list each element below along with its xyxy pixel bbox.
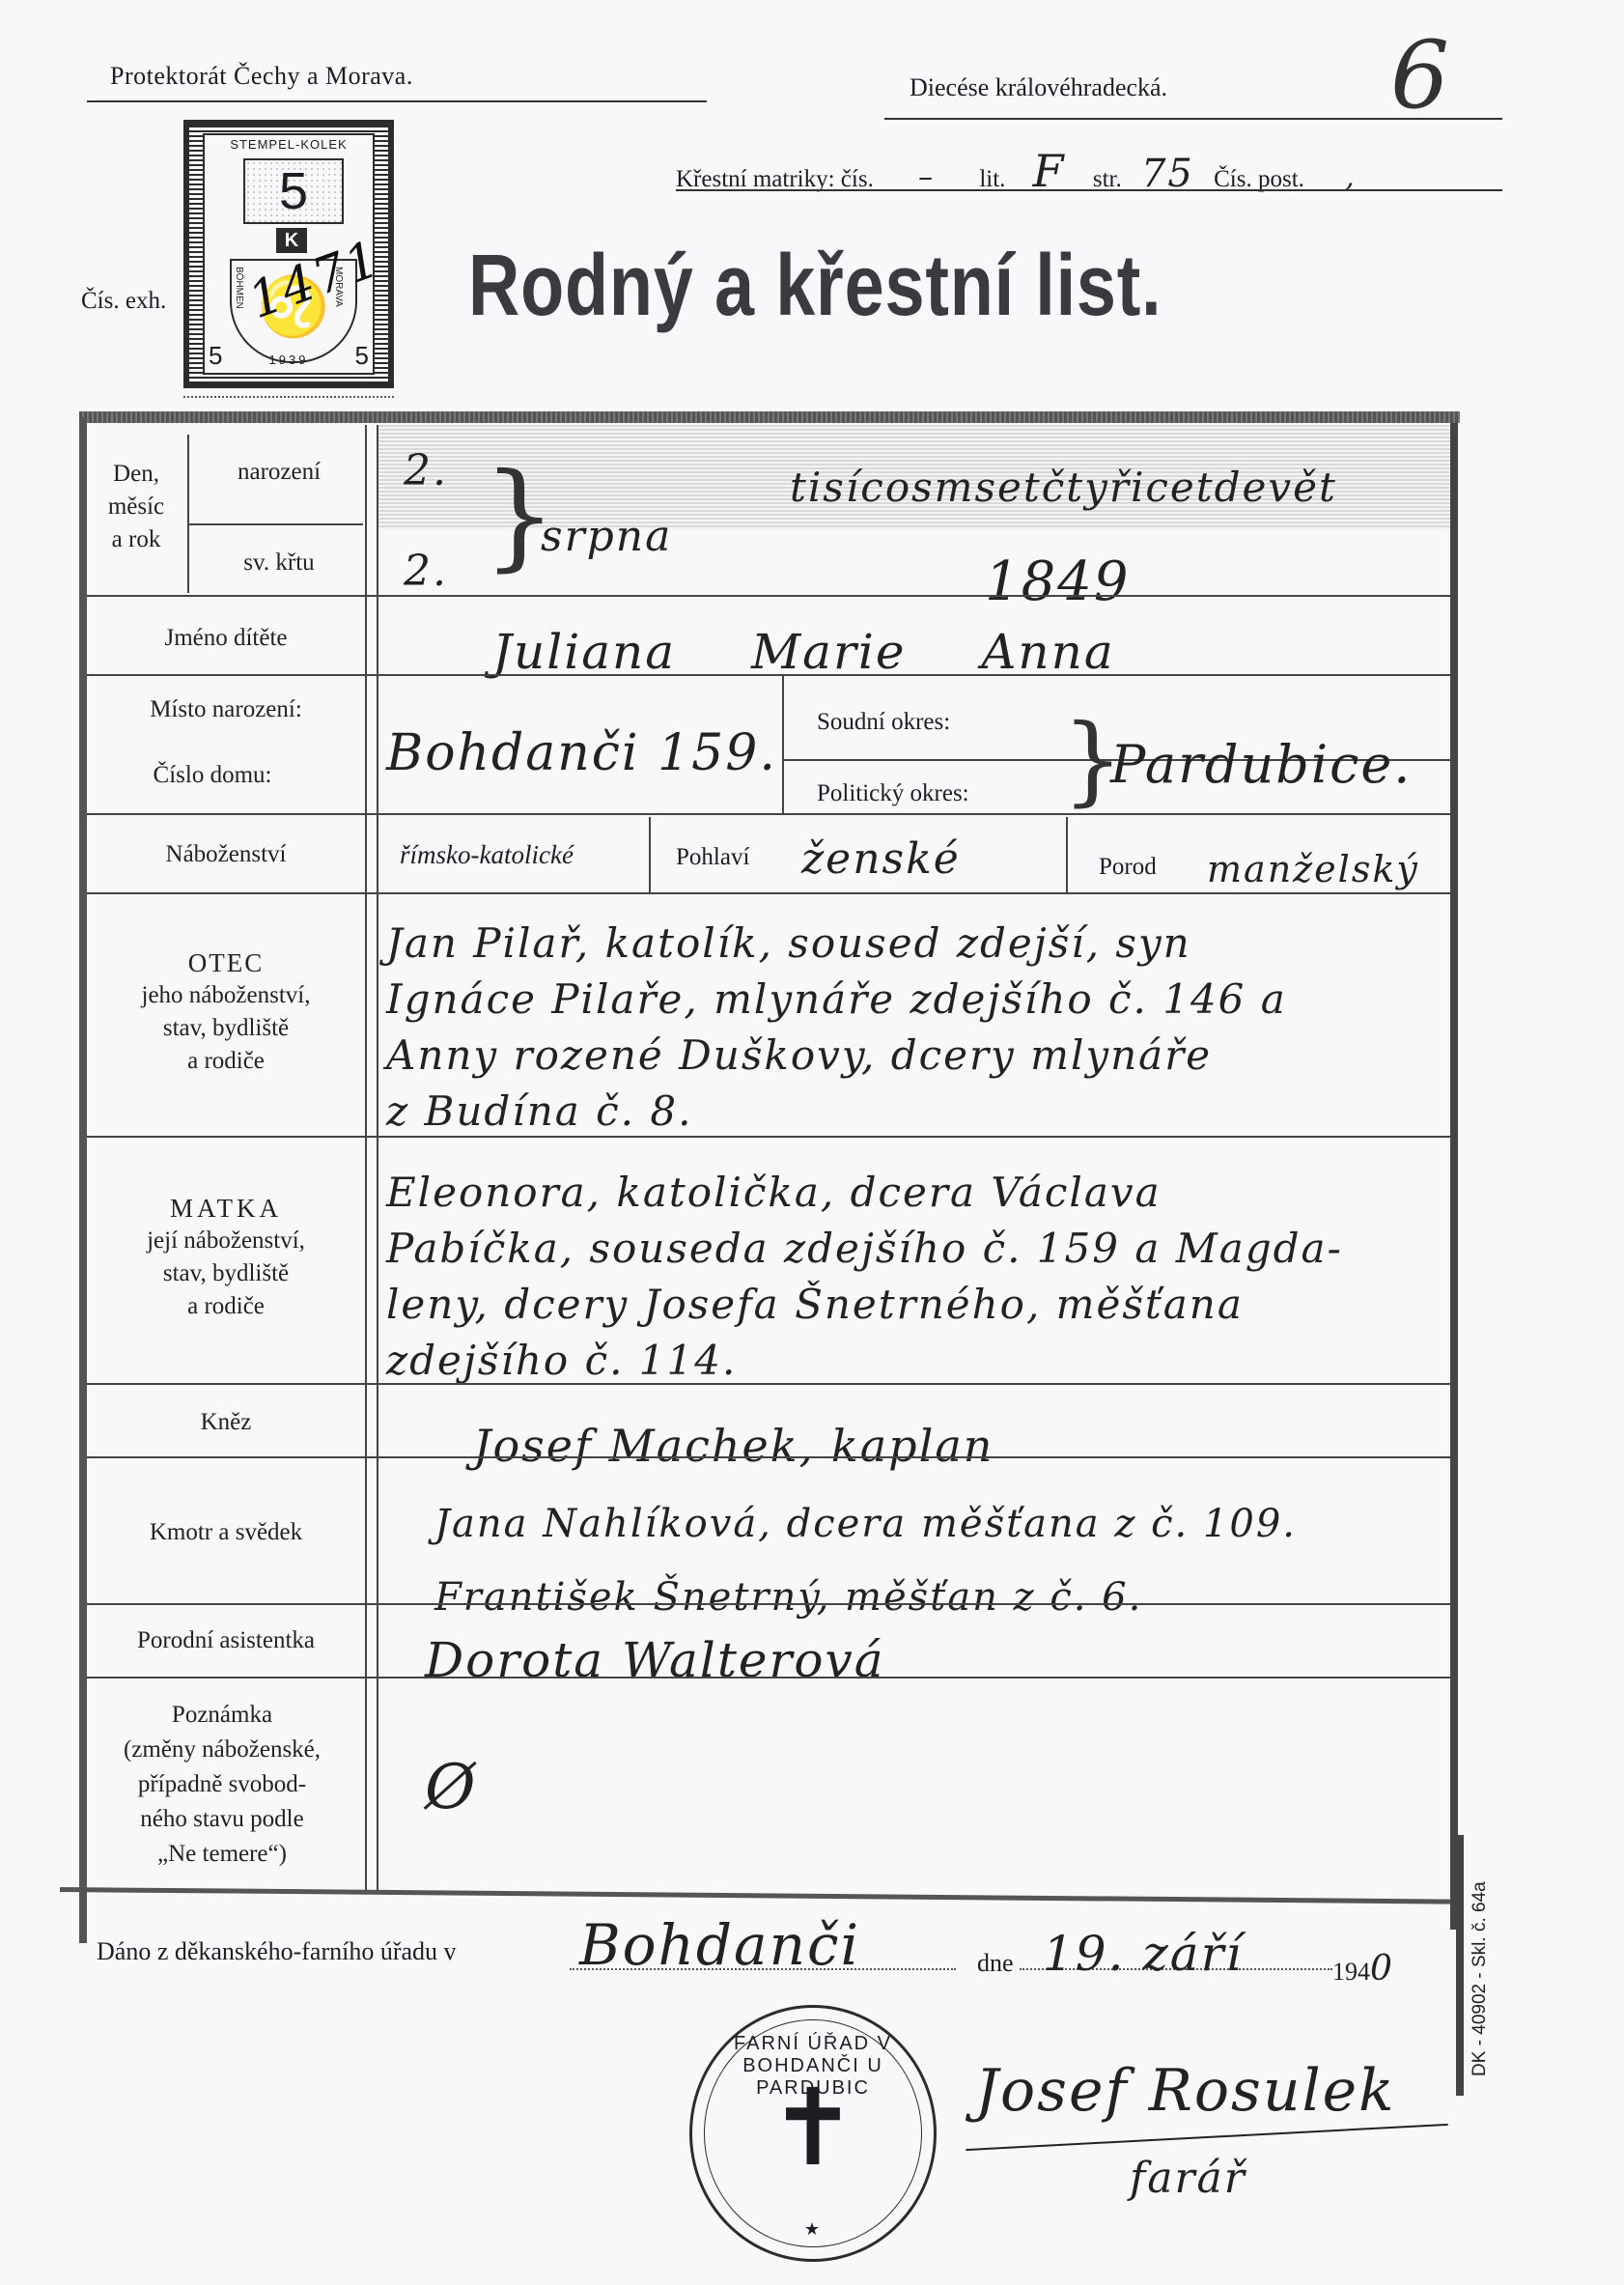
mother-details: Eleonora, katolička, dcera Václava Pabíč… bbox=[386, 1165, 1343, 1389]
revenue-stamp: STEMPEL-KOLEK 5 K ♌ BÖHMEN MORAVA 5 5 19… bbox=[183, 120, 394, 388]
birth-type-value: manželský bbox=[1207, 848, 1419, 890]
form-right-border bbox=[1450, 423, 1458, 1930]
date-label: dne bbox=[977, 1949, 1014, 1978]
mother-label-line: a rodiče bbox=[87, 1290, 365, 1323]
divider bbox=[87, 892, 1450, 894]
date-label-line: Den, bbox=[93, 458, 180, 491]
issued-year: 1940 bbox=[1332, 1949, 1394, 1989]
lit-label: lit. bbox=[979, 166, 1005, 192]
right-margin-bar bbox=[1456, 1835, 1464, 2096]
date-subcolumn-divider bbox=[187, 435, 189, 593]
birthplace-value: Bohdanči 159. bbox=[386, 724, 777, 782]
divider bbox=[87, 1383, 1450, 1385]
divider bbox=[87, 1603, 1450, 1605]
birth-type-divider bbox=[1066, 817, 1068, 894]
baptism-date-label: sv. křtu bbox=[193, 547, 365, 579]
year-digits-value: 1849 bbox=[985, 550, 1131, 613]
label-column-divider-inner bbox=[377, 425, 378, 1893]
godparent-line: Jana Nahlíková, dcera měšťana z č. 109. bbox=[434, 1487, 1297, 1561]
note-label-line: (změny náboženské, bbox=[77, 1733, 367, 1767]
religion-value: římsko-katolické bbox=[400, 840, 574, 870]
midwife-label: Porodní asistentka bbox=[87, 1624, 365, 1657]
exhibit-number-label: Čís. exh. bbox=[81, 288, 166, 315]
parish-office-seal: FARNÍ ÚŘAD V BOHDANČI U PARDUBIC ✝ ★ bbox=[689, 2005, 937, 2262]
stamp-side-left: BÖHMEN bbox=[234, 267, 244, 309]
mother-line: zdejšího č. 114. bbox=[386, 1333, 1343, 1389]
godparents-details: Jana Nahlíková, dcera měšťana z č. 109. … bbox=[434, 1487, 1297, 1634]
priest-label: Kněz bbox=[87, 1406, 365, 1439]
divider bbox=[87, 595, 1450, 597]
form-top-border bbox=[79, 411, 1460, 423]
issued-line: Dáno z děkanského-farního úřadu v bbox=[97, 1937, 457, 1966]
mother-line: Pabíčka, souseda zdejšího č. 159 a Magda… bbox=[386, 1221, 1343, 1277]
year-prefix: 194 bbox=[1332, 1958, 1370, 1986]
priest-value: Josef Machek, kaplan bbox=[473, 1420, 994, 1472]
mother-line: leny, dcery Josefa Šnetrného, měšťana bbox=[386, 1277, 1343, 1333]
father-title: OTEC bbox=[87, 946, 365, 979]
mother-line: Eleonora, katolička, dcera Václava bbox=[386, 1165, 1343, 1221]
stamp-dotted-line bbox=[183, 396, 394, 398]
month-value: srpna bbox=[541, 512, 672, 561]
str-label: str. bbox=[1093, 166, 1122, 192]
father-label-line: stav, bydliště bbox=[87, 1012, 365, 1045]
stamp-year: 1939 bbox=[243, 353, 334, 367]
issued-date-value: 19. září bbox=[1043, 1926, 1243, 1982]
father-label-line: jeho náboženství, bbox=[87, 979, 365, 1012]
religion-label: Náboženství bbox=[87, 838, 365, 871]
note-value: Ø bbox=[425, 1752, 477, 1823]
midwife-value: Dorota Walterová bbox=[425, 1632, 885, 1688]
father-line: Anny rozené Duškovy, dcery mlynáře bbox=[386, 1028, 1287, 1084]
birthplace-label: Místo narození: bbox=[87, 693, 365, 726]
date-label-line: měsíc bbox=[93, 491, 180, 523]
sex-value: ženské bbox=[801, 834, 961, 884]
birth-date-label: narození bbox=[193, 456, 365, 489]
date-group-label: Den, měsíc a rok bbox=[93, 458, 180, 556]
note-label-line: případně svobod- bbox=[77, 1767, 367, 1802]
protectorate-heading: Protektorát Čechy a Morava. bbox=[110, 62, 413, 91]
registry-underline bbox=[676, 189, 1502, 191]
mother-label: MATKA její náboženství, stav, bydliště a… bbox=[87, 1192, 365, 1323]
sex-divider bbox=[649, 817, 651, 894]
child-name-value: Juliana Marie Anna bbox=[492, 624, 1115, 680]
court-district-label: Soudní okres: bbox=[817, 709, 950, 736]
divider bbox=[87, 813, 1450, 815]
signature-underline bbox=[966, 2124, 1447, 2151]
father-label: OTEC jeho náboženství, stav, bydliště a … bbox=[87, 946, 365, 1078]
label-column-divider bbox=[365, 425, 367, 1893]
registry-label: Křestní matriky: čís. bbox=[676, 166, 874, 192]
birth-type-label: Porod bbox=[1099, 854, 1157, 881]
note-label-line: Poznámka bbox=[77, 1698, 367, 1733]
note-label-line: „Ne temere“) bbox=[77, 1837, 367, 1872]
political-district-label: Politický okres: bbox=[817, 780, 969, 807]
note-label-line: ného stavu podle bbox=[77, 1802, 367, 1837]
baptism-day-value: 2. bbox=[404, 547, 448, 596]
print-code: DK - 40902 - Skl. č. 64a bbox=[1470, 1881, 1491, 2076]
divider bbox=[87, 1677, 1450, 1678]
stamp-header: STEMPEL-KOLEK bbox=[205, 137, 373, 152]
sex-label: Pohlaví bbox=[676, 844, 749, 871]
mother-title: MATKA bbox=[87, 1192, 365, 1225]
stamp-corner-right: 5 bbox=[355, 341, 369, 371]
signature: Josef Rosulek bbox=[975, 2057, 1396, 2125]
stamp-corner-left: 5 bbox=[209, 341, 222, 371]
district-divider bbox=[782, 676, 784, 813]
seal-star-icon: ★ bbox=[692, 2219, 934, 2240]
child-name-label: Jméno dítěte bbox=[87, 622, 365, 655]
father-line: Jan Pilař, katolík, soused zdejší, syn bbox=[386, 916, 1287, 972]
godparent-line: František Šnetrný, měšťan z č. 6. bbox=[434, 1561, 1297, 1634]
form-bottom-border bbox=[60, 1887, 1450, 1904]
mother-label-line: stav, bydliště bbox=[87, 1257, 365, 1290]
godparents-label: Kmotr a svědek bbox=[87, 1516, 365, 1549]
diocese-heading: Diecése královéhradecká. bbox=[910, 73, 1167, 102]
cross-icon: ✝ bbox=[692, 2075, 934, 2182]
divider bbox=[87, 1456, 1450, 1458]
year-suffix: 0 bbox=[1370, 1949, 1394, 1989]
birth-day-value: 2. bbox=[404, 446, 448, 495]
page-number: 6 bbox=[1390, 21, 1449, 129]
issued-label: Dáno z děkanského-farního úřadu v bbox=[97, 1937, 457, 1965]
father-details: Jan Pilař, katolík, soused zdejší, syn I… bbox=[386, 916, 1287, 1140]
father-line: z Budína č. 8. bbox=[386, 1084, 1287, 1140]
cis-post-label: Čís. post. bbox=[1214, 166, 1304, 192]
house-number-label: Číslo domu: bbox=[87, 759, 338, 792]
issued-place-value: Bohdanči bbox=[579, 1912, 860, 1978]
stamp-value: 5 bbox=[243, 158, 344, 224]
year-in-words-value: tisícosmsetčtyřicetdevět bbox=[790, 464, 1337, 511]
signature-title: farář bbox=[1130, 2154, 1246, 2203]
divider bbox=[87, 1136, 1450, 1138]
divider bbox=[87, 674, 1450, 676]
header-left-underline bbox=[87, 100, 707, 102]
father-line: Ignáce Pilaře, mlynáře zdejšího č. 146 a bbox=[386, 972, 1287, 1028]
district-value: Pardubice. bbox=[1110, 734, 1412, 795]
mother-label-line: její náboženství, bbox=[87, 1225, 365, 1257]
divider bbox=[189, 523, 363, 525]
note-label: Poznámka (změny náboženské, případně svo… bbox=[77, 1698, 367, 1872]
stamp-currency: K bbox=[276, 228, 307, 253]
father-label-line: a rodiče bbox=[87, 1045, 365, 1078]
date-label-line: a rok bbox=[93, 523, 180, 556]
document-title: Rodný a křestní list. bbox=[468, 237, 1162, 336]
